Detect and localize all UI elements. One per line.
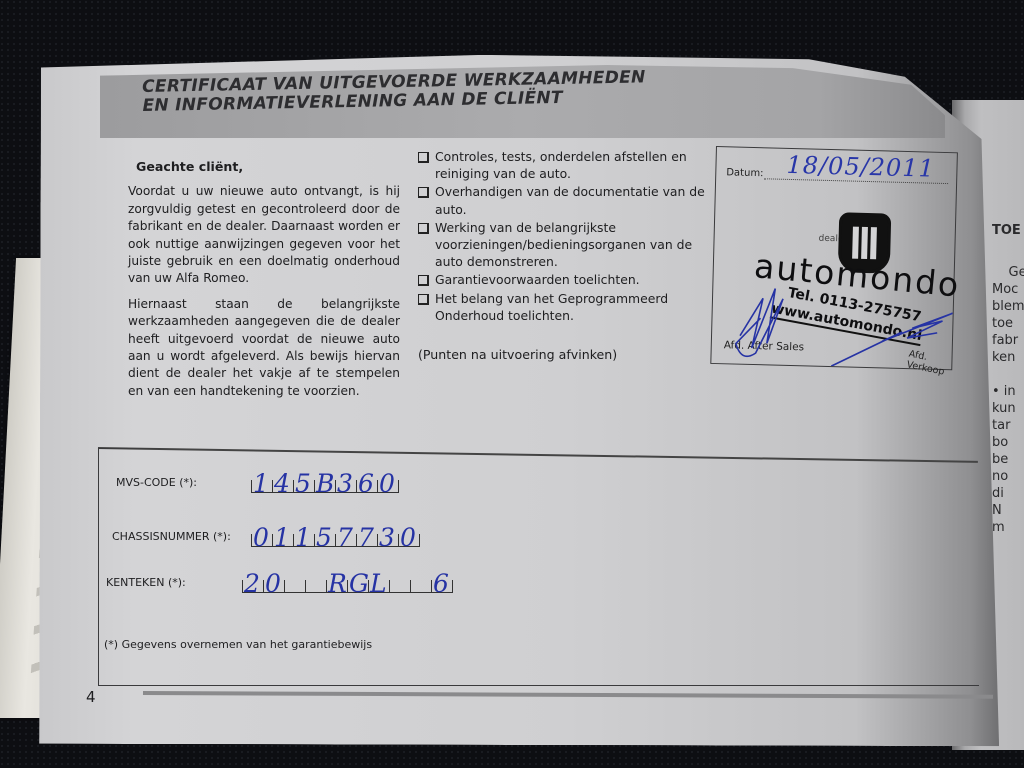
character-cell[interactable]: 0: [263, 580, 284, 592]
vehicle-field-label: CHASSISNUMMER (*):: [112, 530, 243, 543]
page-number: 4: [86, 688, 96, 706]
checklist-item: Controles, tests, onderdelen afstellen e…: [418, 148, 718, 182]
handwritten-character: 5: [295, 471, 311, 496]
handwritten-character: 7: [358, 525, 374, 550]
character-cell[interactable]: 6: [356, 480, 377, 492]
handwritten-character: 0: [253, 525, 269, 550]
handwritten-character: 5: [316, 525, 332, 550]
handwritten-character: 1: [253, 471, 269, 496]
handwritten-character: L: [370, 571, 387, 596]
character-cell[interactable]: 1: [251, 480, 272, 492]
vehicle-field-label: KENTEKEN (*):: [106, 576, 234, 589]
vehicle-field-row: CHASSISNUMMER (*):01157730: [112, 522, 420, 547]
handwritten-character: 3: [379, 525, 395, 550]
intro-text: Geachte cliënt, Voordat u uw nieuwe auto…: [128, 158, 400, 408]
character-cell[interactable]: 0: [377, 480, 399, 492]
checklist-item-label: Het belang van het Geprogrammeerd Onderh…: [435, 290, 718, 324]
character-cell[interactable]: 4: [272, 480, 293, 492]
handwritten-character: 7: [337, 525, 353, 550]
checklist-item: Het belang van het Geprogrammeerd Onderh…: [418, 290, 718, 324]
checklist-item-label: Werking van de belangrijkste voorziening…: [435, 219, 718, 271]
checklist-item-label: Controles, tests, onderdelen afstellen e…: [435, 148, 718, 182]
handwritten-character: 0: [379, 471, 395, 496]
after-sales-label: Afd. After Sales: [724, 339, 805, 353]
character-cell[interactable]: [305, 580, 326, 592]
dealer-stamp-box: Datum: 18/05/2011 dealer stempel automon…: [710, 146, 958, 370]
character-cell[interactable]: B: [314, 480, 335, 492]
handwritten-character: R: [328, 571, 347, 596]
handwritten-character: 1: [295, 525, 311, 550]
character-cell[interactable]: 1: [293, 534, 314, 546]
dealer-brand-name: automondo: [753, 246, 962, 305]
handwritten-character: 1: [274, 525, 290, 550]
checklist-item-label: Garantievoorwaarden toelichten.: [435, 271, 640, 288]
character-cell[interactable]: 1: [272, 534, 293, 546]
right-page-lines: Gea Moc blem toe fabr ken • in kun tar b…: [992, 265, 1024, 535]
checkbox-icon[interactable]: [418, 187, 429, 198]
character-cell[interactable]: [410, 580, 431, 592]
intro-paragraph-2: Hiernaast staan de belangrijkste werkzaa…: [128, 296, 400, 400]
character-cell[interactable]: L: [368, 580, 389, 592]
vehicle-field-input[interactable]: 20RGL6: [242, 568, 453, 593]
vehicle-field-row: KENTEKEN (*):20RGL6: [106, 568, 453, 593]
right-page-text: TOE Gea Moc blem toe fabr ken • in kun t…: [992, 188, 1024, 553]
checklist-note: (Punten na uitvoering afvinken): [418, 346, 718, 363]
handwritten-character: 0: [265, 571, 281, 596]
checkbox-icon[interactable]: [418, 223, 429, 234]
character-cell[interactable]: G: [347, 580, 368, 592]
checklist-item: Overhandigen van de documentatie van de …: [418, 183, 718, 217]
handwritten-character: 6: [358, 471, 374, 496]
checklist-item-label: Overhandigen van de documentatie van de …: [435, 183, 718, 217]
handwritten-character: 0: [400, 525, 416, 550]
vehicle-field-input[interactable]: 145B360: [251, 468, 399, 493]
checkbox-icon[interactable]: [418, 275, 429, 286]
handwritten-character: 6: [433, 571, 449, 596]
character-cell[interactable]: 7: [356, 534, 377, 546]
character-cell[interactable]: 0: [251, 534, 272, 546]
handwritten-character: 2: [244, 571, 260, 596]
character-cell[interactable]: 6: [431, 580, 453, 592]
handwritten-character: 3: [337, 471, 353, 496]
character-cell[interactable]: 3: [335, 480, 356, 492]
checklist-item: Garantievoorwaarden toelichten.: [418, 271, 718, 288]
vehicle-field-input[interactable]: 01157730: [251, 522, 420, 547]
handwritten-character: B: [316, 471, 334, 496]
character-cell[interactable]: 7: [335, 534, 356, 546]
vehicle-field-label: MVS-CODE (*):: [116, 476, 243, 489]
footnote: (*) Gegevens overnemen van het garantieb…: [104, 638, 372, 651]
checkbox-icon[interactable]: [418, 294, 429, 305]
handwritten-character: G: [349, 571, 369, 596]
date-label: Datum:: [726, 167, 763, 179]
handwritten-character: 4: [274, 471, 290, 496]
character-cell[interactable]: 5: [293, 480, 314, 492]
greeting: Geachte cliënt,: [136, 158, 400, 175]
vehicle-field-row: MVS-CODE (*):145B360: [116, 468, 399, 493]
checklist-item: Werking van de belangrijkste voorziening…: [418, 219, 718, 271]
character-cell[interactable]: 3: [377, 534, 398, 546]
character-cell[interactable]: 0: [398, 534, 420, 546]
character-cell[interactable]: [389, 580, 410, 592]
character-cell[interactable]: 5: [314, 534, 335, 546]
character-cell[interactable]: R: [326, 580, 347, 592]
character-cell[interactable]: 2: [242, 580, 263, 592]
intro-paragraph-1: Voordat u uw nieuwe auto ontvangt, is hi…: [128, 183, 400, 287]
character-cell[interactable]: [284, 580, 305, 592]
checkbox-icon[interactable]: [418, 152, 429, 163]
right-page-title: TOE: [992, 222, 1024, 239]
service-checklist: Controles, tests, onderdelen afstellen e…: [418, 148, 718, 363]
date-value: 18/05/2011: [786, 151, 935, 183]
